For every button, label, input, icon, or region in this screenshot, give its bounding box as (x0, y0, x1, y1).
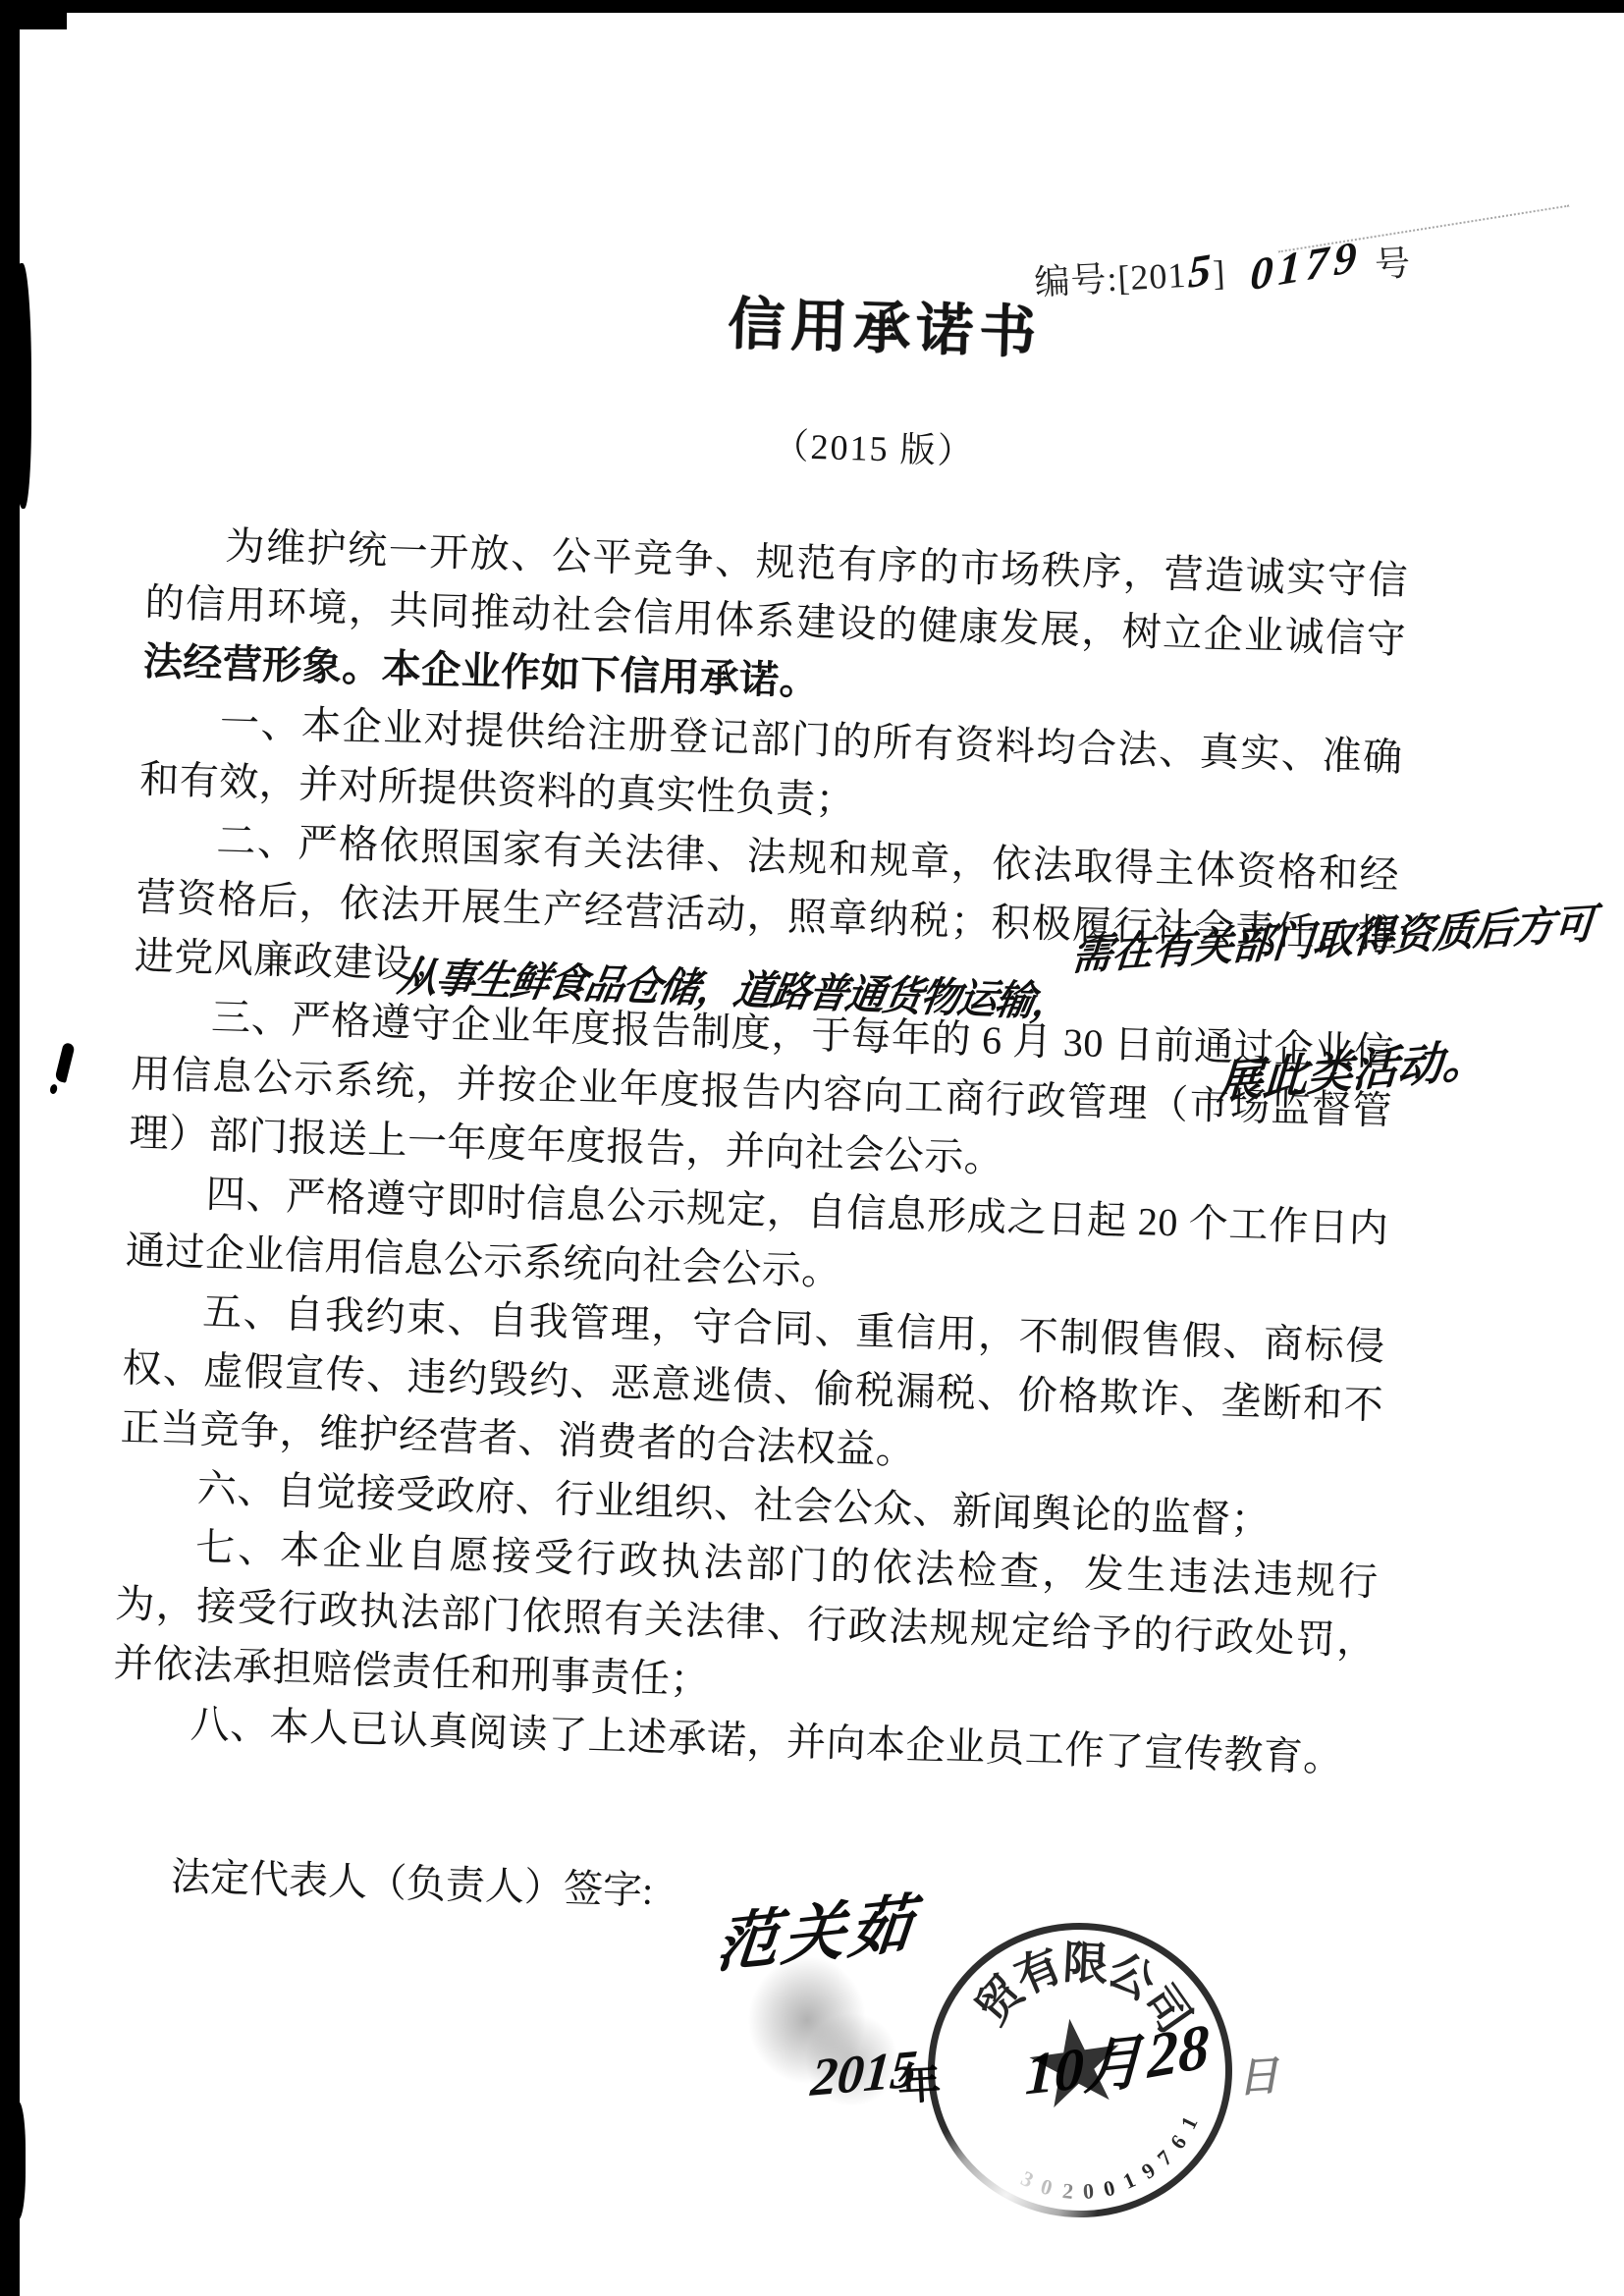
seal-serial-digit: 0 (1102, 2174, 1118, 2202)
seal-serial-digit: 1 (1119, 2167, 1140, 2195)
serial-printed-suffix: 号 (1374, 244, 1412, 285)
seal-serial-digit: 7 (1152, 2145, 1177, 2170)
seal-faded-area (913, 2111, 1100, 2278)
ink-margin-mark (54, 1042, 75, 1083)
intro-normal-text: 为维护统一开放、公平竞争、规范有序的市场秩序，营造诚实守信的信用环境，共同推动社… (144, 523, 1409, 662)
scanned-document-page: 编号:[2015]0179号 信用承诺书 （2015 版） 为维护统一开放、公平… (0, 0, 1624, 2296)
scan-edge-blob (8, 2102, 26, 2219)
scan-edge-top (0, 0, 1624, 13)
handwritten-date-day-label: 日 (1235, 2044, 1280, 2105)
scan-edge-corner (0, 0, 67, 29)
serial-handwritten-number: 0179 (1249, 230, 1362, 301)
seal-serial-digit: 9 (1137, 2158, 1161, 2185)
seal-star-icon: ★ (1015, 1998, 1136, 2130)
seal-serial-digit: 6 (1165, 2130, 1193, 2154)
scan-edge-blob (12, 263, 31, 509)
document-edition: （2015 版） (773, 418, 1412, 487)
serial-printed-bracket: ] (1212, 253, 1226, 294)
seal-serial-digit: 1 (1175, 2113, 1203, 2134)
document-text: 为维护统一开放、公平竞争、规范有序的市场秩序，营造诚实守信的信用环境，共同推动社… (111, 515, 1409, 1789)
document-title: 信用承诺书 (727, 277, 1416, 380)
